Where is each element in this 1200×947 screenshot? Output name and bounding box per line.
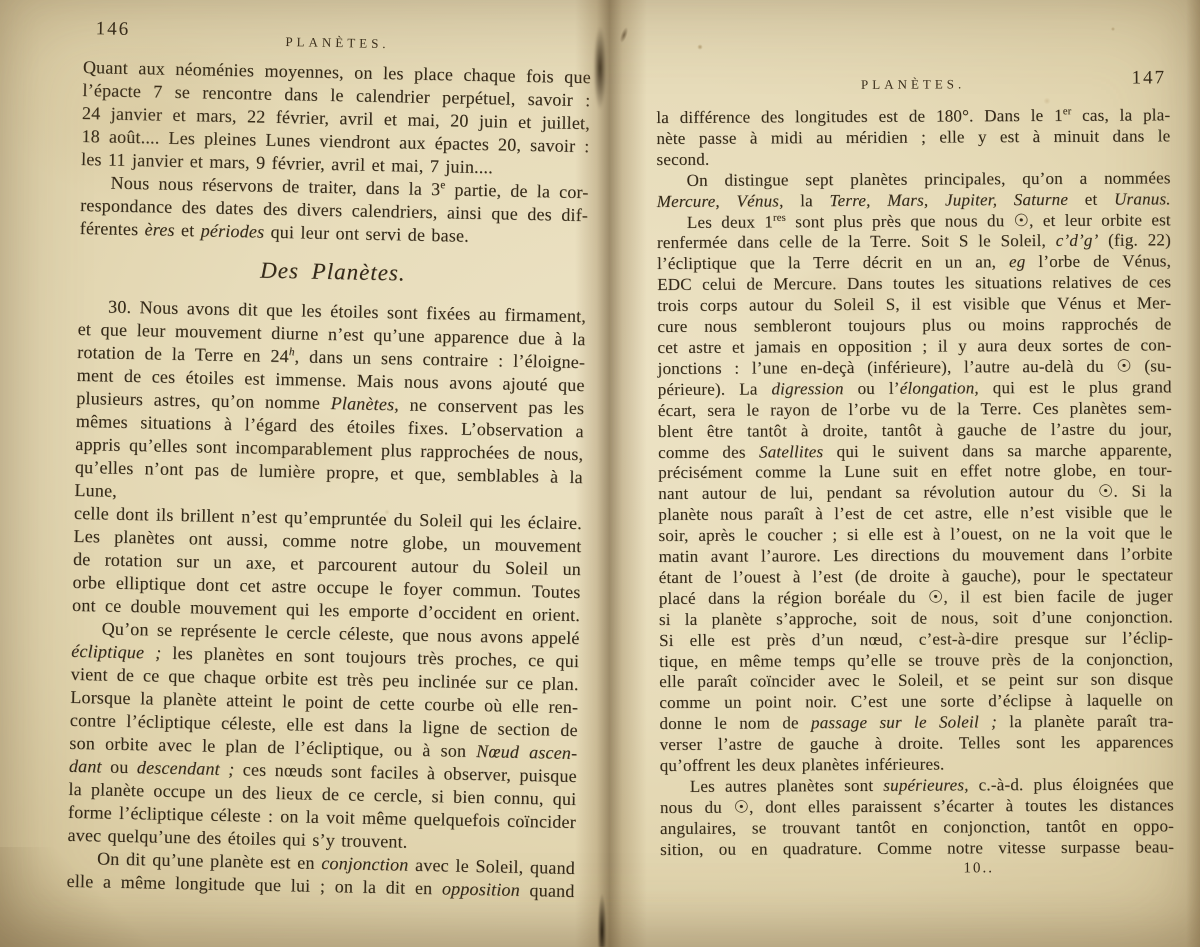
text-line: trois corps autour du Soleil S, il est v…: [657, 293, 1171, 317]
text-line: Si elle est près d’un nœud, c’est-à-dire…: [659, 628, 1173, 652]
page-147: PLANÈTES. 147 la différence des longitud…: [600, 0, 1200, 947]
text-line: jonctions : l’une en-deçà (inférieure), …: [658, 356, 1172, 380]
text-line: cet astre et jamais en opposition ; il y…: [657, 335, 1171, 359]
page-text: la différence des longitudes est de 180°…: [656, 105, 1174, 860]
running-title: PLANÈTES.: [656, 57, 1170, 94]
paragraph: Les autres planètes sont supérieures, c.…: [660, 774, 1174, 860]
page-147-content: PLANÈTES. 147 la différence des longitud…: [656, 57, 1174, 878]
page-header: PLANÈTES. 147: [656, 57, 1170, 100]
paragraph: Nous nous réservons de traiter, dans la …: [80, 171, 589, 250]
paragraph: Qu’on se représente le cercle céleste, q…: [67, 617, 580, 857]
text-line: soir, après le coucher ; si elle est à l…: [658, 523, 1172, 547]
text-line: second.: [656, 147, 1170, 171]
text-line: périeure). La digression ou l’élongation…: [658, 377, 1172, 401]
text-line: la différence des longitudes est de 180°…: [656, 105, 1170, 129]
text-line: étant de l’ouest à l’est (de droite à ga…: [659, 565, 1173, 589]
text-line: Mercure, Vénus, la Terre, Mars, Jupiter,…: [657, 189, 1171, 213]
text-line: planète nous paraît à l’est de cet astre…: [658, 503, 1172, 527]
text-line: sition, ou en quadrature. Comme notre vi…: [660, 837, 1174, 861]
text-line: cure nous sembleront toujours plus ou mo…: [657, 314, 1171, 338]
paragraph: Les deux 1res sont plus près que nous du…: [657, 210, 1174, 777]
text-line: blent être tantôt à droite, tantôt à gau…: [658, 419, 1172, 443]
text-line: Les autres planètes sont supérieures, c.…: [660, 774, 1174, 798]
text-line: EDC celui de Mercure. Dans toutes les si…: [657, 273, 1171, 297]
text-line: qu’offrent les deux planètes inférieures…: [660, 753, 1174, 777]
paragraph: On dit qu’une planète est en conjonction…: [66, 847, 575, 903]
paragraph: la différence des longitudes est de 180°…: [656, 105, 1170, 170]
page-146-content: 146 PLANÈTES. Quant aux néoménies moyenn…: [66, 16, 591, 903]
text-line: placé dans la région boréale du ☉, il es…: [659, 586, 1173, 610]
page-number: 147: [1132, 67, 1167, 89]
text-line: renfermée dans celle de la Terre. Soit S…: [657, 231, 1171, 255]
text-line: comme un point noir. C’est une sorte d’é…: [659, 691, 1173, 715]
page-number: 146: [96, 18, 131, 41]
page-text: Quant aux néoménies moyennes, on les pla…: [66, 56, 591, 903]
text-line: écart, sera le rayon de l’orbe vu de la …: [658, 398, 1172, 422]
text-line: précisément comme la Lune suit en effet …: [658, 461, 1172, 485]
book-photo: 146 PLANÈTES. Quant aux néoménies moyenn…: [0, 0, 1200, 947]
text-line: donne le nom de passage sur le Soleil ; …: [659, 712, 1173, 736]
running-title: PLANÈTES.: [83, 16, 591, 56]
text-line: nète passe à midi au méridien ; elle y e…: [656, 126, 1170, 150]
text-line: nous du ☉, dont elles paraissent s’écart…: [660, 795, 1174, 819]
paragraph: On distingue sept planètes principales, …: [657, 168, 1171, 213]
text-line: angulaires, se trouvant tantôt en conjon…: [660, 816, 1174, 840]
text-line: verser l’astre de gauche à droite. Telle…: [660, 732, 1174, 756]
text-line: elle paraît coïncider avec le Soleil, et…: [659, 670, 1173, 694]
paragraph: Quant aux néoménies moyennes, on les pla…: [81, 56, 591, 181]
text-line: comme des Satellites qui le suivent dans…: [658, 440, 1172, 464]
text-line: si la planète s’approche, soit de nous, …: [659, 607, 1173, 631]
text-line: On distingue sept planètes principales, …: [657, 168, 1171, 192]
section-heading: Des Planètes.: [79, 255, 587, 288]
page-146: 146 PLANÈTES. Quant aux néoménies moyenn…: [0, 0, 600, 947]
text-line: tique, en même temps qu’elle se trouve p…: [659, 649, 1173, 673]
text-line: matin avant l’aurore. Les directions du …: [659, 544, 1173, 568]
signature-mark: 10..: [963, 859, 1174, 877]
text-line: Les deux 1res sont plus près que nous du…: [657, 210, 1171, 234]
text-line: l’écliptique que la Terre décrit en un a…: [657, 252, 1171, 276]
page-header: 146 PLANÈTES.: [83, 16, 592, 60]
text-line: nant autour de lui, pendant sa révolutio…: [658, 482, 1172, 506]
paragraph: 30. Nous avons dit que les étoiles sont …: [72, 295, 586, 627]
